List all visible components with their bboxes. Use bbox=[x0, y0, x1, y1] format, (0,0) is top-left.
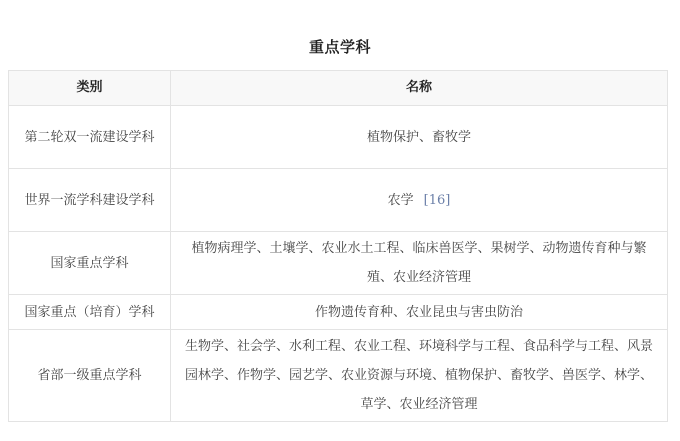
column-header-category: 类别 bbox=[9, 71, 171, 106]
names-cell: 作物遗传育种、农业昆虫与害虫防治 bbox=[171, 295, 668, 330]
table-row: 省部一级重点学科 生物学、社会学、水利工程、农业工程、环境科学与工程、食品科学与… bbox=[9, 330, 668, 422]
names-cell: 农学[16] bbox=[171, 169, 668, 232]
category-cell: 世界一流学科建设学科 bbox=[9, 169, 171, 232]
citation-link[interactable]: [16] bbox=[424, 193, 451, 208]
names-cell: 植物病理学、土壤学、农业水土工程、临床兽医学、果树学、动物遗传育种与繁殖、农业经… bbox=[171, 232, 668, 295]
category-cell: 第二轮双一流建设学科 bbox=[9, 106, 171, 169]
table-caption: 重点学科 bbox=[0, 36, 680, 57]
category-cell: 省部一级重点学科 bbox=[9, 330, 171, 422]
table-row: 第二轮双一流建设学科 植物保护、畜牧学 bbox=[9, 106, 668, 169]
table-row: 世界一流学科建设学科 农学[16] bbox=[9, 169, 668, 232]
table-row: 国家重点学科 植物病理学、土壤学、农业水土工程、临床兽医学、果树学、动物遗传育种… bbox=[9, 232, 668, 295]
category-cell: 国家重点（培育）学科 bbox=[9, 295, 171, 330]
names-cell: 生物学、社会学、水利工程、农业工程、环境科学与工程、食品科学与工程、风景园林学、… bbox=[171, 330, 668, 422]
names-cell: 植物保护、畜牧学 bbox=[171, 106, 668, 169]
names-text: 农学 bbox=[388, 193, 414, 208]
column-header-name: 名称 bbox=[171, 71, 668, 106]
category-cell: 国家重点学科 bbox=[9, 232, 171, 295]
table-header-row: 类别 名称 bbox=[9, 71, 668, 106]
table-row: 国家重点（培育）学科 作物遗传育种、农业昆虫与害虫防治 bbox=[9, 295, 668, 330]
key-disciplines-table: 类别 名称 第二轮双一流建设学科 植物保护、畜牧学 世界一流学科建设学科 农学[… bbox=[8, 70, 668, 422]
